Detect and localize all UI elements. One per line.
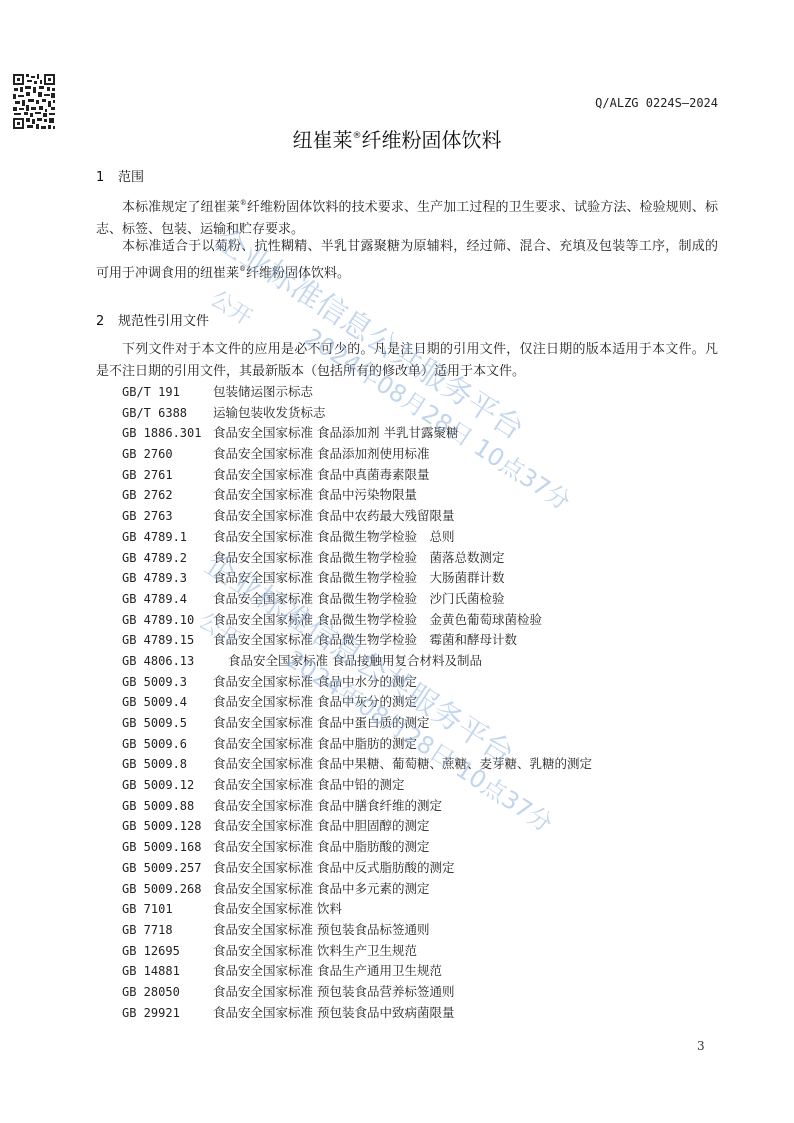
reference-item: GB 28050食品安全国家标准 预包装食品营养标签通则 [122,982,722,1003]
title-brand: 纽崔莱 [293,128,353,152]
reference-item: GB 7101食品安全国家标准 饮料 [122,899,722,920]
reference-title: 食品安全国家标准 食品生产通用卫生规范 [213,961,442,982]
page-number: 3 [697,1039,705,1053]
qr-code-icon [12,72,56,132]
reference-title: 包装储运图示标志 [213,382,313,403]
reference-code: GB 1886.301 [122,423,213,444]
reference-item: GB 7718食品安全国家标准 预包装食品标签通则 [122,920,722,941]
reference-item: GB 5009.3食品安全国家标准 食品中水分的测定 [122,672,722,693]
reference-item: GB 5009.8食品安全国家标准 食品中果糖、葡萄糖、蔗糖、麦芽糖、乳糖的测定 [122,754,722,775]
reference-item: GB 4789.10食品安全国家标准 食品微生物学检验 金黄色葡萄球菌检验 [122,610,722,631]
reference-title: 食品安全国家标准 预包装食品标签通则 [213,920,429,941]
reference-code: GB 5009.4 [122,692,213,713]
reference-list: GB/T 191包装储运图示标志GB/T 6388运输包装收发货标志GB 188… [122,382,722,1023]
reference-title: 食品安全国家标准 食品中胆固醇的测定 [213,816,429,837]
reference-code: GB 4789.3 [122,568,213,589]
reference-item: GB 14881食品安全国家标准 食品生产通用卫生规范 [122,961,722,982]
title-product: 纤维粉固体饮料 [362,128,502,152]
reference-title: 食品安全国家标准 食品中脂肪的测定 [213,734,417,755]
reference-item: GB 5009.5食品安全国家标准 食品中蛋白质的测定 [122,713,722,734]
reference-item: GB 4789.4食品安全国家标准 食品微生物学检验 沙门氏菌检验 [122,589,722,610]
reference-item: GB 2761食品安全国家标准 食品中真菌毒素限量 [122,465,722,486]
reference-item: GB 12695食品安全国家标准 饮料生产卫生规范 [122,941,722,962]
section-heading-normative-references: 2规范性引用文件 [96,310,209,329]
section-heading-scope: 1范围 [96,166,144,185]
reference-item: GB 1886.301食品安全国家标准 食品添加剂 半乳甘露聚糖 [122,423,722,444]
reference-code: GB 5009.8 [122,754,213,775]
reference-item: GB 5009.88食品安全国家标准 食品中膳食纤维的测定 [122,796,722,817]
reference-code: GB 4789.10 [122,610,213,631]
reference-item: GB 5009.12食品安全国家标准 食品中铅的测定 [122,775,722,796]
scope-paragraph-1: 本标准规定了纽崔莱®纤维粉固体饮料的技术要求、生产加工过程的卫生要求、试验方法、… [96,192,718,241]
reference-title: 食品安全国家标准 食品中蛋白质的测定 [213,713,429,734]
reference-item: GB 5009.268食品安全国家标准 食品中多元素的测定 [122,879,722,900]
reference-item: GB 5009.257食品安全国家标准 食品中反式脂肪酸的测定 [122,858,722,879]
reference-code: GB 5009.88 [122,796,213,817]
reference-item: GB 4806.13食品安全国家标准 食品接触用复合材料及制品 [122,651,722,672]
document-title: 纽崔莱®纤维粉固体饮料 [0,124,794,153]
reference-title: 食品安全国家标准 食品微生物学检验 沙门氏菌检验 [213,589,504,610]
reference-code: GB 5009.168 [122,837,213,858]
reference-title: 食品安全国家标准 食品中果糖、葡萄糖、蔗糖、麦芽糖、乳糖的测定 [213,754,592,775]
reference-title: 食品安全国家标准 食品微生物学检验 金黄色葡萄球菌检验 [213,610,542,631]
reference-item: GB/T 6388运输包装收发货标志 [122,403,722,424]
reference-code: GB 7101 [122,899,213,920]
references-intro-paragraph: 下列文件对于本文件的应用是必不可少的。凡是注日期的引用文件，仅注日期的版本适用于… [96,339,718,383]
reference-title: 运输包装收发货标志 [213,403,326,424]
reference-title: 食品安全国家标准 食品微生物学检验 霉菌和酵母计数 [213,630,517,651]
reference-code: GB 7718 [122,920,213,941]
reference-title: 食品安全国家标准 食品中铅的测定 [213,775,404,796]
section-title: 范围 [118,170,144,185]
reference-title: 食品安全国家标准 食品中灰分的测定 [213,692,417,713]
reference-code: GB 2763 [122,506,213,527]
reference-item: GB 4789.15食品安全国家标准 食品微生物学检验 霉菌和酵母计数 [122,630,722,651]
reference-item: GB 5009.6食品安全国家标准 食品中脂肪的测定 [122,734,722,755]
reference-code: GB 4789.4 [122,589,213,610]
reference-title: 食品安全国家标准 食品中脂肪酸的测定 [213,837,429,858]
reference-code: GB 5009.6 [122,734,213,755]
reference-code: GB 5009.257 [122,858,213,879]
reference-code: GB 29921 [122,1003,213,1024]
reference-item: GB 2762食品安全国家标准 食品中污染物限量 [122,485,722,506]
reference-title: 食品安全国家标准 食品中水分的测定 [213,672,417,693]
reference-item: GB 4789.2食品安全国家标准 食品微生物学检验 菌落总数测定 [122,548,722,569]
reference-item: GB 5009.4食品安全国家标准 食品中灰分的测定 [122,692,722,713]
reference-item: GB 2763食品安全国家标准 食品中农药最大残留限量 [122,506,722,527]
reference-title: 食品安全国家标准 饮料 [213,899,342,920]
reference-title: 食品安全国家标准 食品添加剂使用标准 [213,444,429,465]
reference-code: GB/T 191 [122,382,213,403]
reference-title: 食品安全国家标准 食品中农药最大残留限量 [213,506,454,527]
reference-code: GB 4789.2 [122,548,213,569]
reference-title: 食品安全国家标准 食品接触用复合材料及制品 [213,651,482,672]
reference-item: GB 5009.168食品安全国家标准 食品中脂肪酸的测定 [122,837,722,858]
reference-title: 食品安全国家标准 食品添加剂 半乳甘露聚糖 [213,423,458,444]
reference-item: GB 2760食品安全国家标准 食品添加剂使用标准 [122,444,722,465]
scope-paragraph-2: 本标准适合于以菊粉、抗性糊精、半乳甘露聚糖为原辅料，经过筛、混合、充填及包装等工… [96,236,718,285]
reference-code: GB 14881 [122,961,213,982]
reference-title: 食品安全国家标准 食品微生物学检验 大肠菌群计数 [213,568,504,589]
reference-code: GB 4789.1 [122,527,213,548]
section-number: 1 [96,170,118,185]
reference-code: GB 5009.5 [122,713,213,734]
reference-code: GB/T 6388 [122,403,213,424]
section-number: 2 [96,314,118,329]
reference-item: GB/T 191包装储运图示标志 [122,382,722,403]
standard-code: Q/ALZG 0224S—2024 [595,96,718,110]
reference-title: 食品安全国家标准 预包装食品营养标签通则 [213,982,454,1003]
reference-title: 食品安全国家标准 食品微生物学检验 菌落总数测定 [213,548,504,569]
reference-code: GB 5009.12 [122,775,213,796]
reference-title: 食品安全国家标准 食品中真菌毒素限量 [213,465,429,486]
reference-title: 食品安全国家标准 食品中膳食纤维的测定 [213,796,442,817]
registered-mark: ® [353,131,362,141]
watermark-status-1: 公开 [205,282,259,332]
reference-code: GB 2762 [122,485,213,506]
reference-item: GB 4789.1食品安全国家标准 食品微生物学检验 总则 [122,527,722,548]
reference-item: GB 5009.128食品安全国家标准 食品中胆固醇的测定 [122,816,722,837]
reference-code: GB 4806.13 [122,651,213,672]
reference-title: 食品安全国家标准 食品微生物学检验 总则 [213,527,454,548]
reference-item: GB 4789.3食品安全国家标准 食品微生物学检验 大肠菌群计数 [122,568,722,589]
reference-code: GB 5009.3 [122,672,213,693]
reference-code: GB 4789.15 [122,630,213,651]
reference-title: 食品安全国家标准 预包装食品中致病菌限量 [213,1003,454,1024]
reference-title: 食品安全国家标准 食品中污染物限量 [213,485,417,506]
reference-title: 食品安全国家标准 食品中反式脂肪酸的测定 [213,858,454,879]
reference-title: 食品安全国家标准 食品中多元素的测定 [213,879,429,900]
reference-item: GB 29921食品安全国家标准 预包装食品中致病菌限量 [122,1003,722,1024]
reference-code: GB 5009.268 [122,879,213,900]
reference-code: GB 28050 [122,982,213,1003]
reference-title: 食品安全国家标准 饮料生产卫生规范 [213,941,417,962]
reference-code: GB 2760 [122,444,213,465]
section-title: 规范性引用文件 [118,314,209,329]
reference-code: GB 5009.128 [122,816,213,837]
reference-code: GB 12695 [122,941,213,962]
reference-code: GB 2761 [122,465,213,486]
